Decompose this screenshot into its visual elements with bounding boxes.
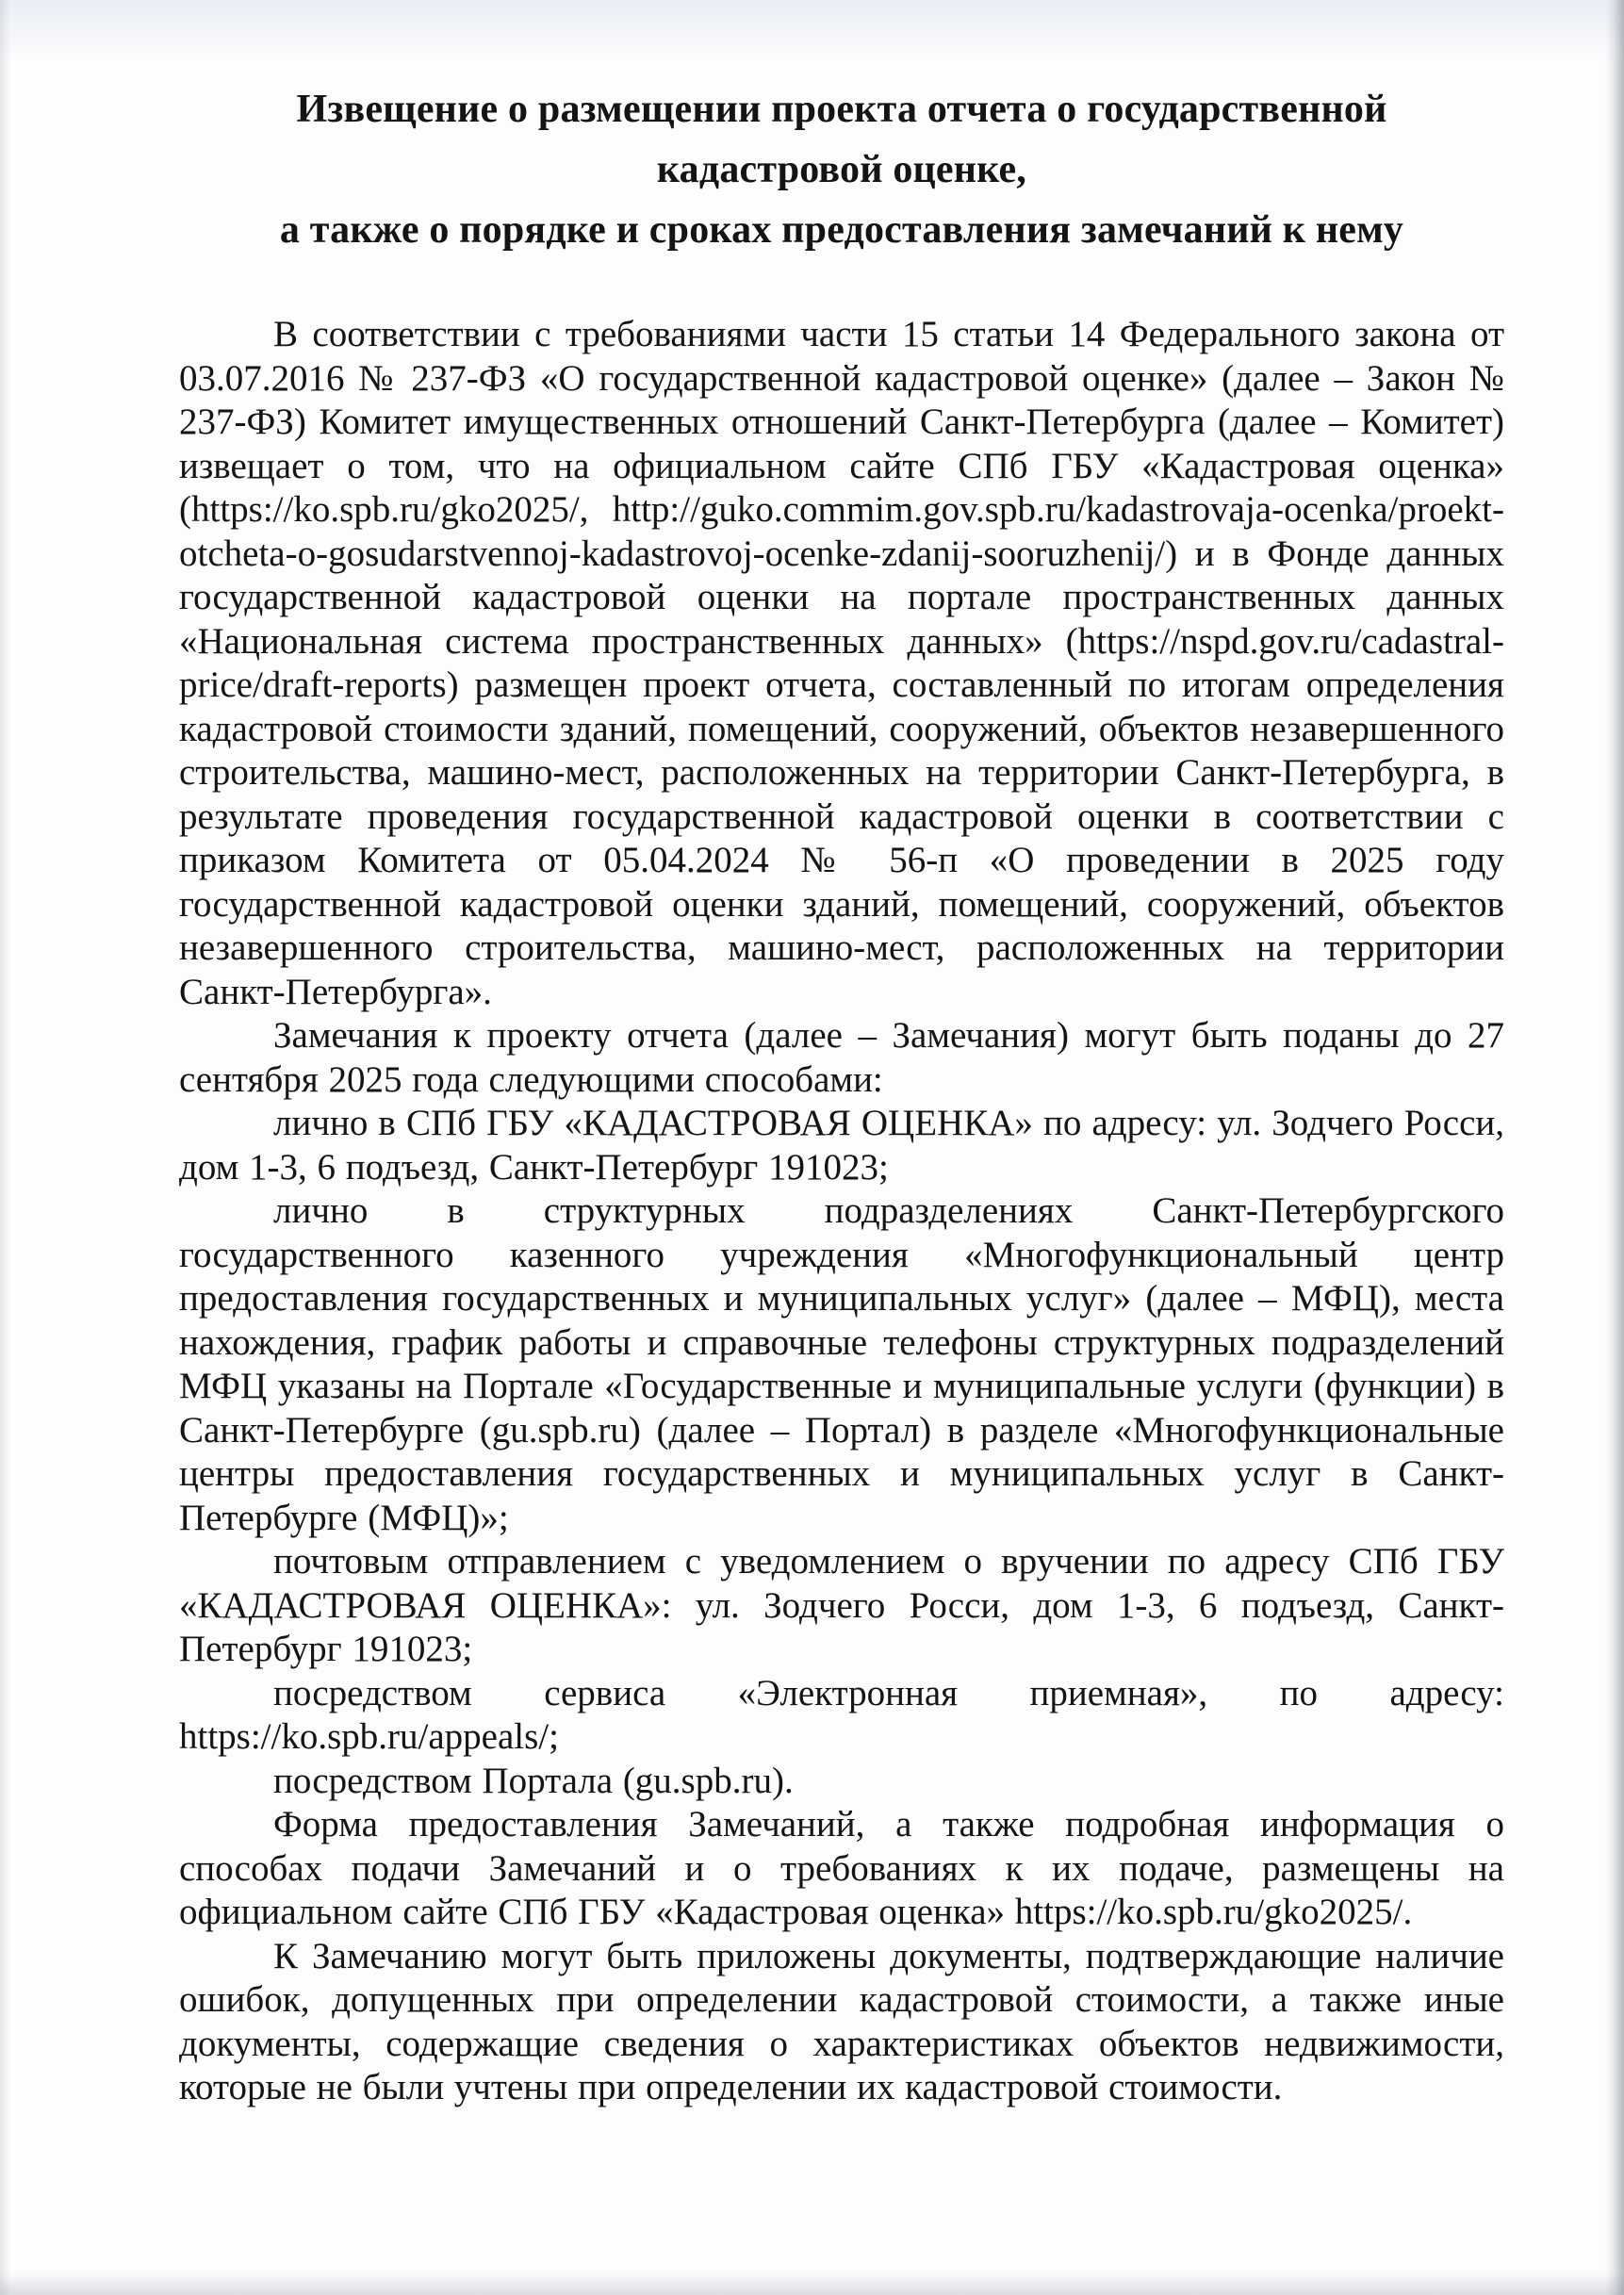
scan-artifact-bottom-edge — [0, 2272, 1624, 2295]
deadline-paragraph: Замечания к проекту отчета (далее – Заме… — [179, 1014, 1504, 1102]
document-title-line: кадастровой оценке, — [179, 139, 1504, 200]
document-title-line: а также о порядке и сроках предоставлени… — [179, 200, 1504, 260]
method-in-person-mfc-paragraph: лично в структурных подразделениях Санкт… — [179, 1189, 1504, 1540]
method-in-person-gbu-paragraph: лично в СПб ГБУ «КАДАСТРОВАЯ ОЦЕНКА» по … — [179, 1102, 1504, 1189]
scan-artifact-top-tint — [0, 0, 1624, 66]
document-body: В соответствии с требованиями части 15 с… — [179, 313, 1504, 2110]
scan-artifact-left-edge — [0, 0, 11, 2295]
method-electronic-reception-paragraph: посредством сервиса «Электронная приемна… — [179, 1672, 1504, 1760]
submission-form-info-paragraph: Форма предоставления Замечаний, а также … — [179, 1803, 1504, 1935]
attachments-paragraph: К Замечанию могут быть приложены докумен… — [179, 1935, 1504, 2110]
method-portal-paragraph: посредством Портала (gu.spb.ru). — [179, 1760, 1504, 1804]
method-postal-paragraph: почтовым отправлением с уведомлением о в… — [179, 1540, 1504, 1672]
scan-artifact-right-edge — [1605, 0, 1624, 2295]
intro-paragraph: В соответствии с требованиями части 15 с… — [179, 313, 1504, 1014]
document-content: Извещение о размещении проекта отчета о … — [179, 79, 1504, 2110]
scanned-document-page: Извещение о размещении проекта отчета о … — [0, 0, 1624, 2295]
document-title: Извещение о размещении проекта отчета о … — [179, 79, 1504, 260]
document-title-line: Извещение о размещении проекта отчета о … — [179, 79, 1504, 139]
